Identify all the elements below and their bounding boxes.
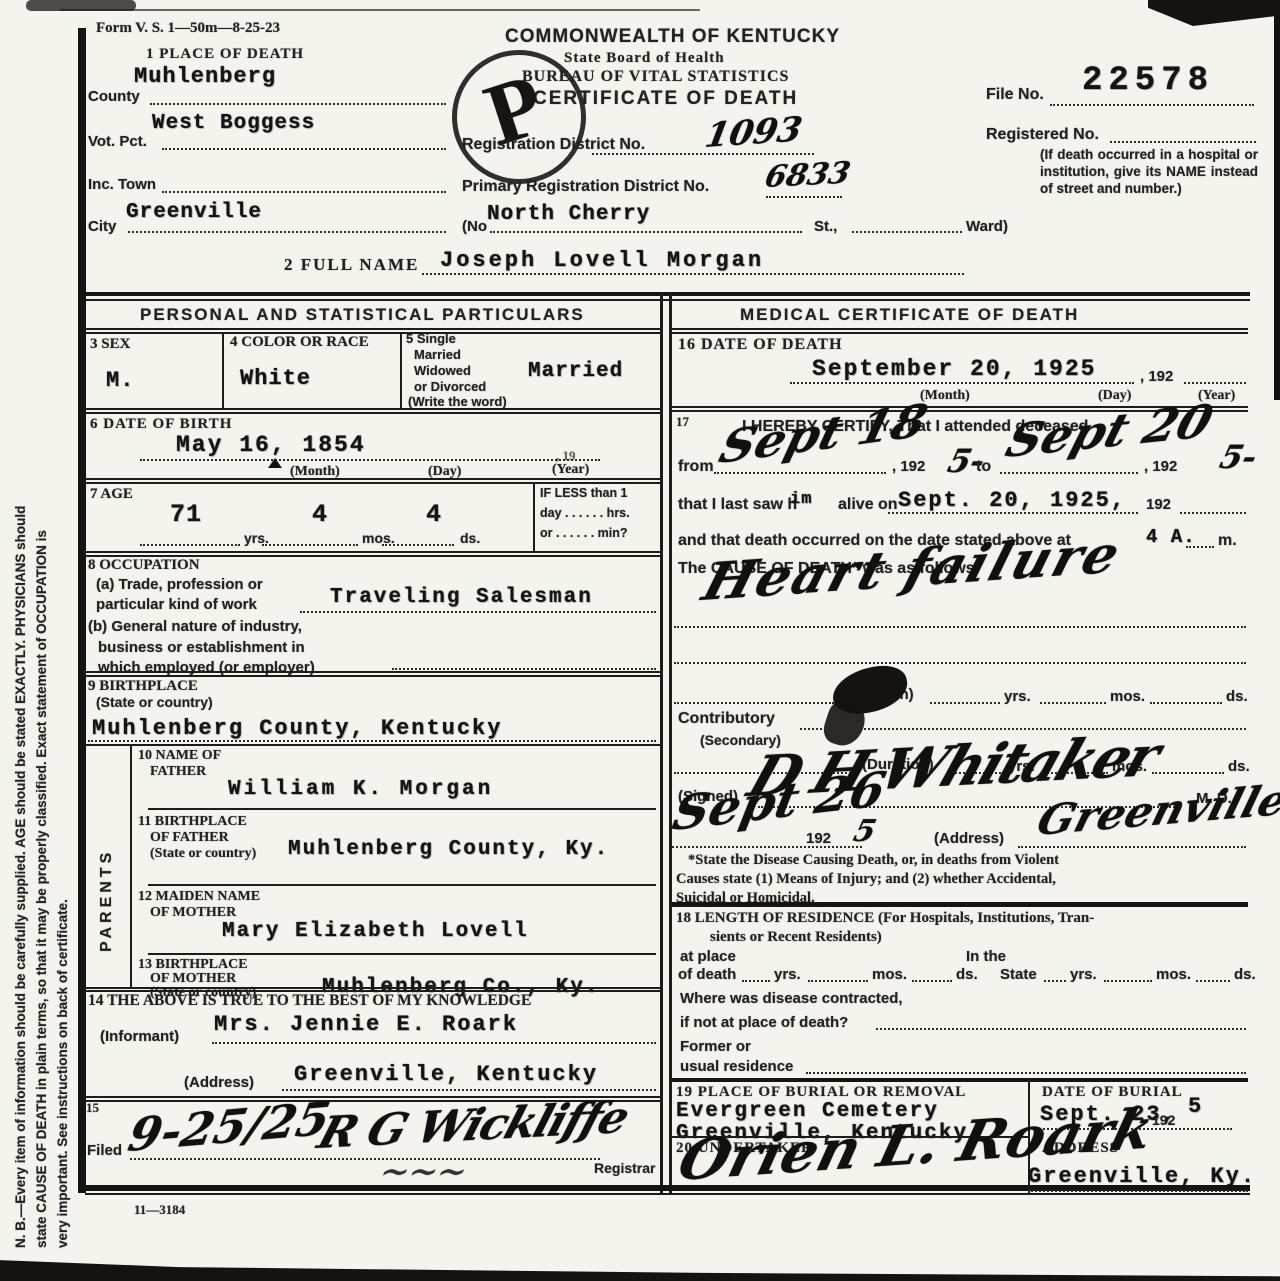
occupation-a-value: Traveling Salesman <box>330 586 593 609</box>
vot-pct-line <box>162 148 446 150</box>
father-name-label2: FATHER <box>150 764 206 780</box>
full-name-line <box>422 273 964 275</box>
if-less-line2: day . . . . . . hrs. <box>540 506 630 520</box>
residence-line4 <box>1044 980 1066 982</box>
occurred-m: m. <box>1218 532 1237 550</box>
plate-number: 11—3184 <box>134 1202 185 1218</box>
dob-label: 6 DATE OF BIRTH <box>90 416 232 433</box>
signed-address-label: (Address) <box>934 830 1004 847</box>
filed-section-no: 15 <box>86 1100 99 1116</box>
registration-district-value: 1093 <box>702 109 805 156</box>
contracted-line <box>876 1028 1246 1030</box>
residence-mos1: mos. <box>872 966 907 983</box>
marital-opt4: or Divorced <box>414 379 486 394</box>
marital-note: (Write the word) <box>408 394 507 409</box>
county-label: County <box>88 88 140 105</box>
hospital-note: (If death occurred in a hospital or inst… <box>1040 146 1258 197</box>
primary-registration-label: Primary Registration District No. <box>462 178 709 196</box>
street-ward-label: Ward) <box>966 218 1008 235</box>
residence-line5 <box>1104 980 1152 982</box>
residence-mos2: mos. <box>1156 966 1191 983</box>
age-days-value: 4 <box>426 500 442 529</box>
former-line2: usual residence <box>680 1058 793 1075</box>
certify-from-line <box>714 472 886 474</box>
county-line <box>150 103 446 105</box>
full-name-label: 2 FULL NAME <box>284 255 419 275</box>
occurred-dots <box>1186 546 1214 548</box>
certify-from-label: from <box>678 458 714 476</box>
age-ds-label: ds. <box>460 530 480 546</box>
occupation-b-line2: business or establishment in <box>98 639 305 656</box>
street-open-label: (No <box>462 218 487 235</box>
scan-edge-right-strip <box>1274 0 1280 400</box>
age-line2 <box>262 544 358 546</box>
occupation-label: 8 OCCUPATION <box>88 557 200 574</box>
informant-address-line <box>282 1089 656 1091</box>
undertaker-address-line <box>1028 1190 1248 1192</box>
scan-edge-bottom <box>0 1252 1280 1281</box>
street-st-label: St., <box>814 218 837 235</box>
birthplace-line <box>88 740 656 742</box>
saw-pre: that I last saw h <box>678 496 797 514</box>
sex-row-rule2 <box>85 412 660 414</box>
informant-value: Mrs. Jennie E. Roark <box>214 1012 518 1037</box>
residence-line2 <box>808 980 868 982</box>
age-months-value: 4 <box>312 500 328 529</box>
contributory-label: Contributory <box>678 710 775 728</box>
age-line1 <box>140 544 240 546</box>
residence-line1 <box>742 980 770 982</box>
birthplace-sub: (State or country) <box>96 694 213 710</box>
form-left-border <box>78 28 86 1193</box>
color-marital-divider <box>400 332 402 408</box>
dob-value: May 16, 1854 <box>176 432 366 458</box>
informant-heading: 14 THE ABOVE IS TRUE TO THE BEST OF MY K… <box>88 992 531 1010</box>
marital-opt1: 5 Single <box>406 331 456 346</box>
age-ifless-divider <box>533 482 535 553</box>
certify-to-year-hand: 5- <box>1216 438 1261 476</box>
marital-value: Married <box>528 360 623 383</box>
margin-note-line2: state CAUSE OF DEATH in plain terms, so … <box>31 48 52 1248</box>
at-place-line1: at place <box>680 948 736 965</box>
informant-line <box>212 1042 656 1044</box>
vot-pct-value: West Boggess <box>152 112 315 135</box>
contracted-line2: if not at place of death? <box>680 1014 848 1031</box>
duration2-ds: ds. <box>1228 758 1250 775</box>
father-bp-label2: OF FATHER <box>150 830 229 846</box>
sex-value: M. <box>106 368 134 393</box>
filed-line <box>130 1158 600 1160</box>
footnote-rule <box>672 902 1248 907</box>
occupation-b-line3: which employed (or employer) <box>98 659 315 676</box>
dob-year-label: (Year) <box>552 462 589 478</box>
informant-address-value: Greenville, Kentucky <box>294 1062 598 1087</box>
certify-from-stub: , 192 <box>892 458 925 475</box>
medical-title: MEDICAL CERTIFICATE OF DEATH <box>740 305 1079 325</box>
street-ward-line <box>852 231 962 233</box>
certify-to-label: to <box>976 458 991 476</box>
residence-bottom-rule <box>672 1078 1248 1082</box>
inc-town-label: Inc. Town <box>88 176 156 193</box>
father-name-line <box>148 808 656 810</box>
age-row-rule <box>85 551 660 553</box>
certify-to-line <box>1000 472 1138 474</box>
duration2-line-d <box>1152 772 1224 774</box>
dod-day-label: (Day) <box>1098 388 1131 404</box>
father-bp-value: Muhlenberg County, Ky. <box>288 838 609 861</box>
sex-label: 3 SEX <box>90 336 130 353</box>
sex-row-rule <box>85 408 660 410</box>
marital-opt2: Married <box>414 347 461 362</box>
county-value: Muhlenberg <box>134 64 276 89</box>
residence-ds2: ds. <box>1234 966 1256 983</box>
dod-stub-line <box>1184 382 1246 384</box>
mother-name-label1: 12 MAIDEN NAME <box>138 889 260 905</box>
form-code: Form V. S. 1—50m—8-25-23 <box>96 20 280 37</box>
state-board-subtitle: State Board of Health <box>564 50 725 67</box>
column-divider-left <box>660 292 663 1193</box>
occurred-time: 4 A. <box>1146 526 1196 548</box>
city-value: Greenville <box>126 201 262 224</box>
duration1-line-a <box>674 702 834 704</box>
if-less-line1: IF LESS than 1 <box>540 486 628 500</box>
registrar-signature: R G Wickliffe <box>312 1092 634 1159</box>
marital-opt3: Widowed <box>414 363 471 378</box>
residence-line6 <box>1196 980 1230 982</box>
signed-address-line <box>1018 846 1246 848</box>
dod-value: September 20, 1925 <box>812 356 1096 382</box>
contributory-line <box>800 728 1246 730</box>
registered-no-label: Registered No. <box>986 126 1099 144</box>
duration1-mos: mos. <box>1110 688 1145 705</box>
certify-to-stub: , 192 <box>1144 458 1177 475</box>
parents-bottom-rule <box>85 987 660 989</box>
birthplace-label: 9 BIRTHPLACE <box>88 678 198 695</box>
informant-address-label: (Address) <box>184 1074 254 1091</box>
residence-line3 <box>912 980 952 982</box>
contracted-line1: Where was disease contracted, <box>680 990 903 1007</box>
saw-value: Sept. 20, 1925, <box>898 488 1126 513</box>
commonwealth-title: COMMONWEALTH OF KENTUCKY <box>505 26 840 48</box>
footnote-line1: *State the Disease Causing Death, or, in… <box>688 852 1059 869</box>
residence-yrs1: yrs. <box>774 966 801 983</box>
saw-stub-line <box>1180 512 1246 514</box>
place-of-death-label: 1 PLACE OF DEATH <box>146 46 304 63</box>
mother-name-line <box>148 953 656 955</box>
death-certificate-scan: N. B.—Every item of information should b… <box>0 0 1280 1281</box>
cause-line1 <box>674 626 1246 628</box>
street-line <box>490 231 802 233</box>
burial-year-hand: 5 <box>1188 1094 1202 1119</box>
duration1-ds: ds. <box>1226 688 1248 705</box>
signed-stub: 192 <box>806 830 831 847</box>
primary-registration-line <box>766 196 842 198</box>
city-label: City <box>88 218 116 235</box>
column-divider-right <box>669 292 672 1193</box>
inc-town-line <box>162 191 446 193</box>
former-line <box>806 1072 1246 1074</box>
occupation-b-line <box>392 668 656 670</box>
registration-district-line <box>592 153 814 155</box>
residence-yrs2: yrs. <box>1070 966 1097 983</box>
scan-edge-top-right <box>1148 0 1280 26</box>
father-bp-label1: 11 BIRTHPLACE <box>138 814 247 830</box>
burial-place-label: 19 PLACE OF BURIAL OR REMOVAL <box>676 1084 966 1101</box>
saw-im: im <box>790 490 812 509</box>
dod-line <box>790 382 1134 384</box>
personal-title-rule <box>85 328 660 330</box>
father-bp-line <box>148 884 656 886</box>
duration1-yrs: yrs. <box>1004 688 1031 705</box>
certify-to-value: Sept 20 <box>1000 394 1219 468</box>
personal-title-rule2 <box>85 332 660 334</box>
residence-state-label: State <box>1000 966 1037 983</box>
informant-label: (Informant) <box>100 1028 179 1045</box>
cause-line2 <box>674 662 1246 664</box>
registered-no-line <box>1110 141 1256 143</box>
filed-label: Filed <box>87 1142 122 1159</box>
file-no-label: File No. <box>986 86 1044 104</box>
birthplace-value: Muhlenberg County, Kentucky <box>92 716 502 741</box>
footnote-line2: Causes state (1) Means of Injury; and (2… <box>676 871 1056 888</box>
age-label: 7 AGE <box>90 486 133 503</box>
occupation-a-line1: (a) Trade, profession or <box>96 576 263 593</box>
mother-name-value: Mary Elizabeth Lovell <box>222 920 529 943</box>
saw-line <box>888 512 1138 514</box>
father-bp-label3: (State or country) <box>150 846 256 862</box>
parents-divider <box>130 744 132 987</box>
if-less-line3: or . . . . . . min? <box>540 526 628 540</box>
father-name-label1: 10 NAME OF <box>138 748 221 764</box>
occupation-a-line2: particular kind of work <box>96 596 257 613</box>
dob-row-rule <box>85 478 660 480</box>
street-value: North Cherry <box>487 203 650 226</box>
dod-stub: , 192 <box>1140 368 1173 385</box>
age-line3 <box>382 544 454 546</box>
occupation-row-rule <box>85 671 660 673</box>
vot-pct-label: Vot. Pct. <box>88 133 147 150</box>
age-years-value: 71 <box>170 500 202 529</box>
occupation-a-line <box>300 611 656 613</box>
in-the-label: In the <box>966 948 1006 965</box>
father-name-value: William K. Morgan <box>228 778 493 801</box>
birthplace-row-rule <box>85 744 660 746</box>
parents-label: PARENTS <box>98 849 116 952</box>
mother-name-label2: OF MOTHER <box>150 905 236 921</box>
grid-top-rule2 <box>85 299 1250 301</box>
dod-label: 16 DATE OF DEATH <box>678 336 843 354</box>
former-line1: Former or <box>680 1038 751 1055</box>
undertaker-address-value: Greenville, Ky. <box>1028 1164 1256 1189</box>
medical-title-rule2 <box>672 332 1248 334</box>
residence-heading2: sients or Recent Residents) <box>710 929 882 946</box>
duration1-line-d <box>1150 702 1222 704</box>
grid-bottom-rule2 <box>85 1193 1250 1195</box>
top-edge-fragment <box>60 9 700 11</box>
dob-line <box>140 459 600 461</box>
saw-stub: 192 <box>1146 496 1171 513</box>
certify-section-no: 17 <box>676 414 689 430</box>
residence-ds1: ds. <box>956 966 978 983</box>
file-no-value: 22578 <box>1082 62 1214 100</box>
at-place-line2: of death <box>678 966 736 983</box>
registration-district-label: Registration District No. <box>462 136 645 154</box>
color-value: White <box>240 366 311 391</box>
dob-row-rule2 <box>85 482 660 484</box>
sex-color-divider <box>222 332 224 408</box>
primary-registration-value: 6833 <box>762 156 853 195</box>
occupation-row-rule2 <box>85 675 660 677</box>
margin-note-line3: very important. See instructions on back… <box>52 48 73 1248</box>
duration1-line-c <box>1040 702 1106 704</box>
registrar-flourish: ∼∼∼ <box>372 1152 475 1192</box>
medical-title-rule <box>672 328 1248 330</box>
personal-title: PERSONAL AND STATISTICAL PARTICULARS <box>140 305 585 325</box>
registrar-label: Registrar <box>594 1160 655 1176</box>
occupation-b-line1: (b) General nature of industry, <box>88 618 302 635</box>
grid-top-rule <box>85 292 1250 296</box>
color-label: 4 COLOR OR RACE <box>230 334 369 351</box>
margin-note: N. B.—Every item of information should b… <box>10 48 73 1248</box>
city-line <box>128 231 446 233</box>
file-no-line <box>1050 104 1254 106</box>
residence-heading1: 18 LENGTH OF RESIDENCE (For Hospitals, I… <box>676 910 1094 927</box>
margin-note-line1: N. B.—Every item of information should b… <box>10 48 31 1248</box>
full-name-value: Joseph Lovell Morgan <box>440 248 764 273</box>
signed-date-line <box>672 846 862 848</box>
duration1-line-b <box>930 702 1000 704</box>
